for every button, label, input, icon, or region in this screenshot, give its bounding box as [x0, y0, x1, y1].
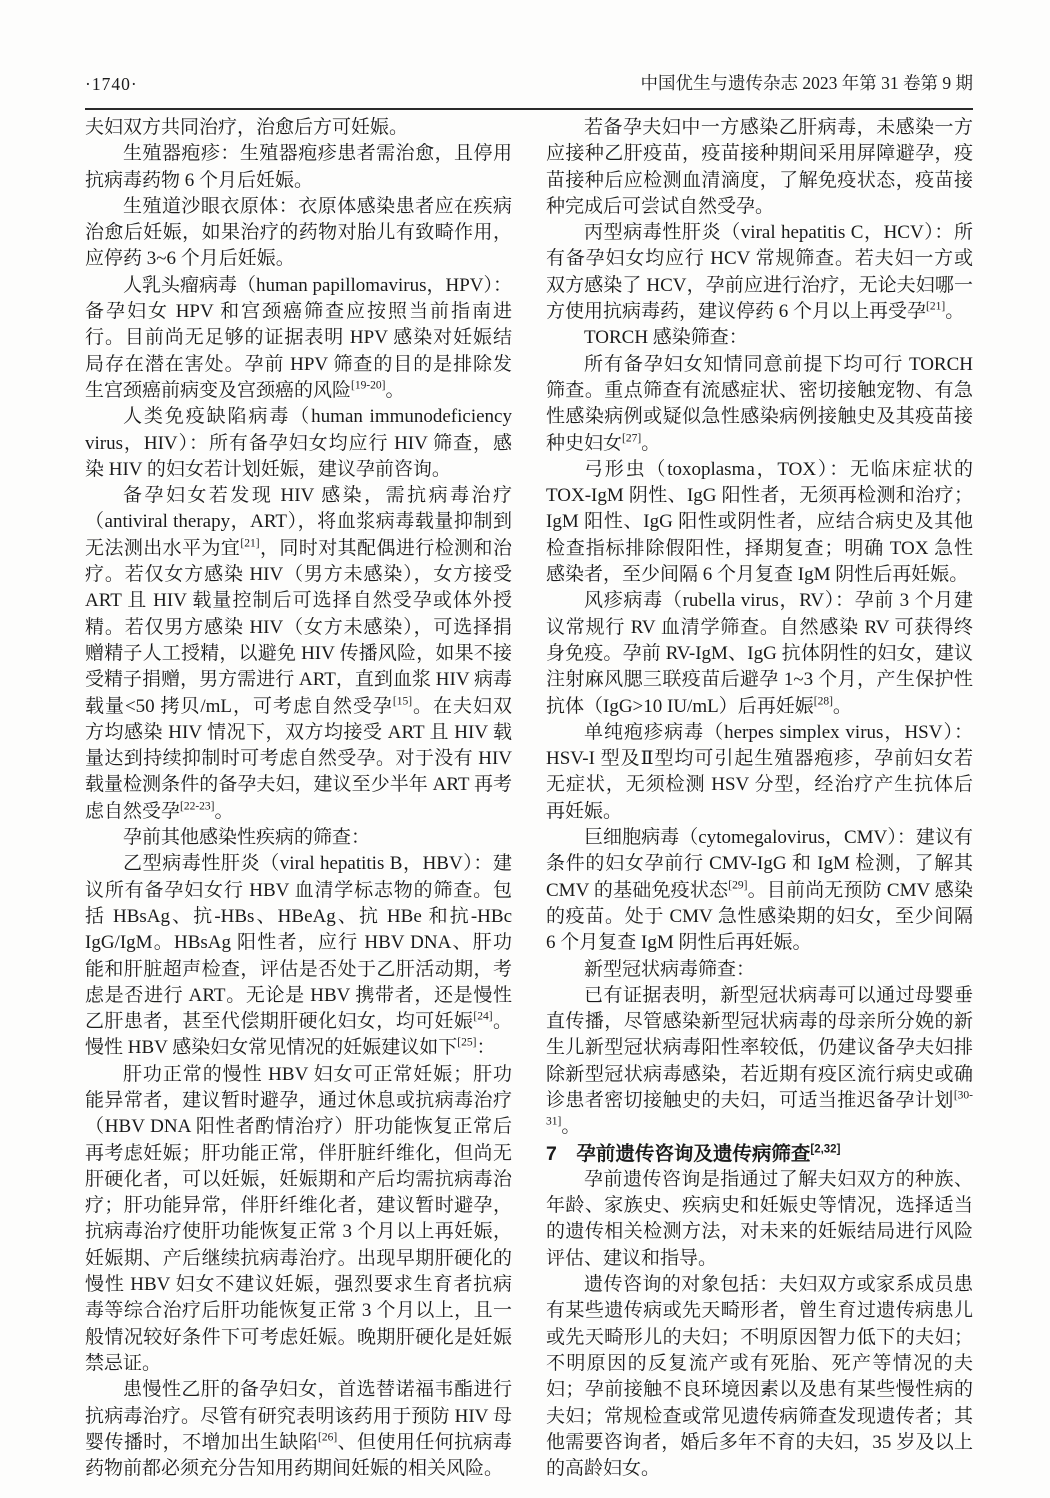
paragraph: 巨细胞病毒（cytomegalovirus，CMV）：建议有条件的妇女孕前行 C… [546, 825, 973, 956]
paragraph: 风疹病毒（rubella virus，RV）：孕前 3 个月建议常规行 RV 血… [546, 588, 973, 719]
paragraph: 孕前遗传咨询是指通过了解夫妇双方的种族、年龄、家族史、疾病史和妊娠史等情况，选择… [546, 1167, 973, 1272]
citation-superscript: [2,32] [810, 1143, 840, 1155]
paragraph: 遗传咨询的对象包括：夫妇双方或家系成员患有某些遗传病或先天畸形者，曾生育过遗传病… [546, 1272, 973, 1482]
journal-page: ·1740· 中国优生与遗传杂志 2023 年第 31 卷第 9 期 夫妇双方共… [0, 0, 1050, 1498]
paragraph: 患慢性乙肝的备孕妇女，首选替诺福韦酯进行抗病毒治疗。尽管有研究表明该药用于预防 … [85, 1377, 512, 1482]
paragraph: 弓形虫（toxoplasma，TOX）：无临床症状的 TOX-IgM 阴性、Ig… [546, 457, 973, 588]
citation-superscript: [26] [318, 1432, 337, 1444]
paragraph: 人类免疫缺陷病毒（human immunodeficiency virus，HI… [85, 404, 512, 483]
paragraph: 肝功正常的慢性 HBV 妇女可正常妊娠；肝功能异常者，建议暂时避孕，通过休息或抗… [85, 1062, 512, 1378]
paragraph: 乙型病毒性肝炎（viral hepatitis B，HBV）：建议所有备孕妇女行… [85, 851, 512, 1061]
citation-superscript: [25] [457, 1037, 476, 1049]
paragraph: 人乳头瘤病毒（human papillomavirus，HPV）：备孕妇女 HP… [85, 273, 512, 404]
citation-superscript: [15] [393, 695, 412, 707]
citation-superscript: [21] [926, 301, 945, 313]
paragraph: 单纯疱疹病毒（herpes simplex virus，HSV）：HSV-I 型… [546, 720, 973, 825]
paragraph: 孕前其他感染性疾病的筛查： [85, 825, 512, 851]
citation-superscript: [27] [622, 432, 641, 444]
citation-superscript: [19-20] [351, 380, 386, 392]
journal-title: 中国优生与遗传杂志 2023 年第 31 卷第 9 期 [641, 70, 974, 95]
citation-superscript: [28] [814, 695, 833, 707]
citation-superscript: [21] [240, 537, 259, 549]
paragraph: 丙型病毒性肝炎（viral hepatitis C，HCV）：所有备孕妇女均应行… [546, 220, 973, 325]
paragraph: 生殖道沙眼衣原体：衣原体感染患者应在疾病治愈后妊娠，如果治疗的药物对胎儿有致畸作… [85, 194, 512, 273]
two-column-body: 夫妇双方共同治疗，治愈后方可妊娠。生殖器疱疹：生殖器疱疹患者需治愈，且停用抗病毒… [85, 115, 973, 1482]
page-header: ·1740· 中国优生与遗传杂志 2023 年第 31 卷第 9 期 [85, 70, 973, 110]
section-heading: 7 孕前遗传咨询及遗传病筛查[2,32] [546, 1141, 973, 1167]
paragraph: 若备孕夫妇中一方感染乙肝病毒，未感染一方应接种乙肝疫苗，疫苗接种期间采用屏障避孕… [546, 115, 973, 220]
citation-superscript: [24] [473, 1011, 492, 1023]
paragraph: 夫妇双方共同治疗，治愈后方可妊娠。 [85, 115, 512, 141]
citation-superscript: [22-23] [180, 800, 215, 812]
paragraph: 新型冠状病毒筛查： [546, 957, 973, 983]
citation-superscript: [30-31] [546, 1090, 973, 1128]
column-left: 夫妇双方共同治疗，治愈后方可妊娠。生殖器疱疹：生殖器疱疹患者需治愈，且停用抗病毒… [85, 115, 512, 1482]
page-number: ·1740· [85, 74, 138, 95]
column-right: 若备孕夫妇中一方感染乙肝病毒，未感染一方应接种乙肝疫苗，疫苗接种期间采用屏障避孕… [546, 115, 973, 1482]
paragraph: 生殖器疱疹：生殖器疱疹患者需治愈，且停用抗病毒药物 6 个月后妊娠。 [85, 141, 512, 194]
paragraph: 备孕妇女若发现 HIV 感染，需抗病毒治疗（antiviral therapy，… [85, 483, 512, 825]
paragraph: TORCH 感染筛查： [546, 325, 973, 351]
citation-superscript: [29] [728, 879, 747, 891]
paragraph: 已有证据表明，新型冠状病毒可以通过母婴垂直传播，尽管感染新型冠状病毒的母亲所分娩… [546, 983, 973, 1141]
paragraph: 所有备孕妇女知情同意前提下均可行 TORCH 筛查。重点筛查有流感症状、密切接触… [546, 352, 973, 457]
